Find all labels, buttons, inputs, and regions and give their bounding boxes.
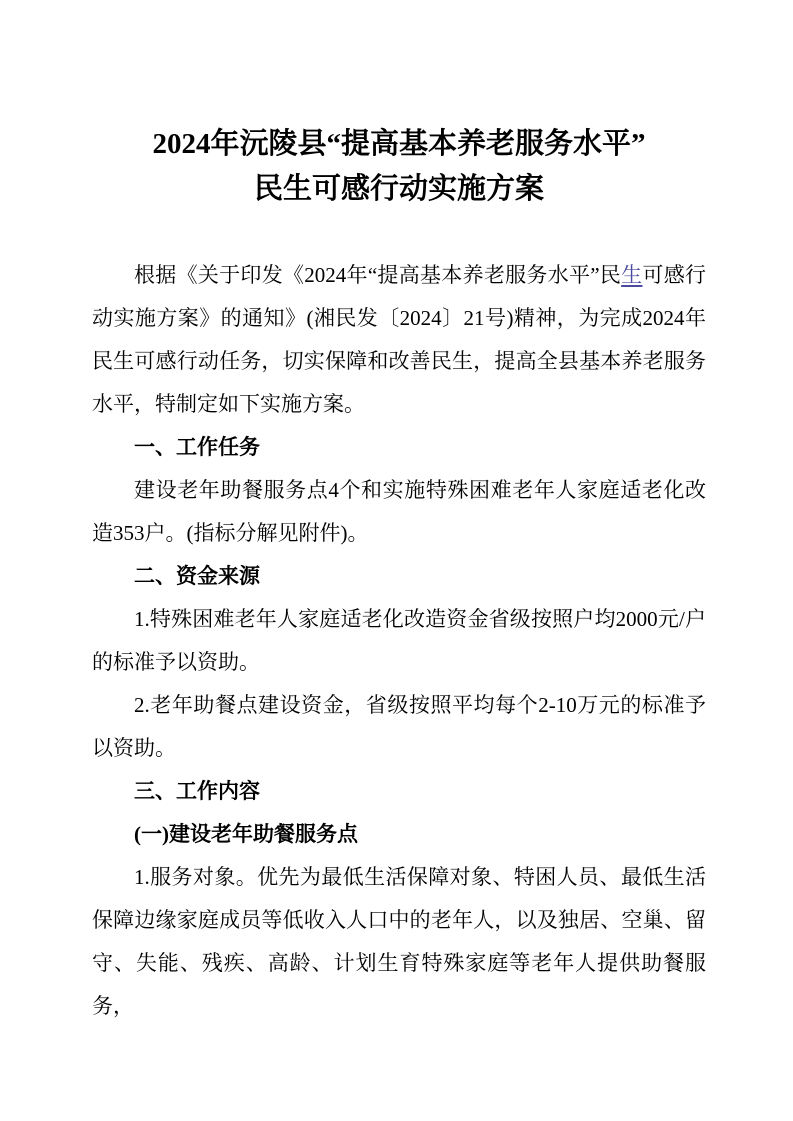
- intro-text-before-link: 根据《关于印发《2024年“提高基本养老服务水平”民: [134, 263, 621, 287]
- paragraph-funding-item-2: 2.老年助餐点建设资金，省级按照平均每个2-10万元的标准予以资助。: [92, 684, 706, 770]
- title-line-1: 2024年沅陵县“提高基本养老服务水平”: [92, 122, 706, 167]
- paragraph-service-targets: 1.服务对象。优先为最低生活保障对象、特困人员、最低生活保障边缘家庭成员等低收入…: [92, 856, 706, 1028]
- heading-work-tasks: 一、工作任务: [92, 426, 706, 469]
- intro-paragraph: 根据《关于印发《2024年“提高基本养老服务水平”民生可感行动实施方案》的通知》…: [92, 254, 706, 426]
- hyperlink-char[interactable]: 生: [621, 263, 642, 287]
- subheading-canteen-service-point: (一)建设老年助餐服务点: [92, 813, 706, 856]
- paragraph-funding-item-1: 1.特殊困难老年人家庭适老化改造资金省级按照户均2000元/户的标准予以资助。: [92, 598, 706, 684]
- title-line-2: 民生可感行动实施方案: [92, 167, 706, 212]
- heading-funding-source: 二、资金来源: [92, 555, 706, 598]
- paragraph-work-tasks: 建设老年助餐服务点4个和实施特殊困难老年人家庭适老化改造353户。(指标分解见附…: [92, 469, 706, 555]
- document-page: 2024年沅陵县“提高基本养老服务水平” 民生可感行动实施方案 根据《关于印发《…: [0, 0, 793, 1121]
- heading-work-content: 三、工作内容: [92, 770, 706, 813]
- document-content: 2024年沅陵县“提高基本养老服务水平” 民生可感行动实施方案 根据《关于印发《…: [92, 0, 706, 1028]
- document-title: 2024年沅陵县“提高基本养老服务水平” 民生可感行动实施方案: [92, 0, 706, 212]
